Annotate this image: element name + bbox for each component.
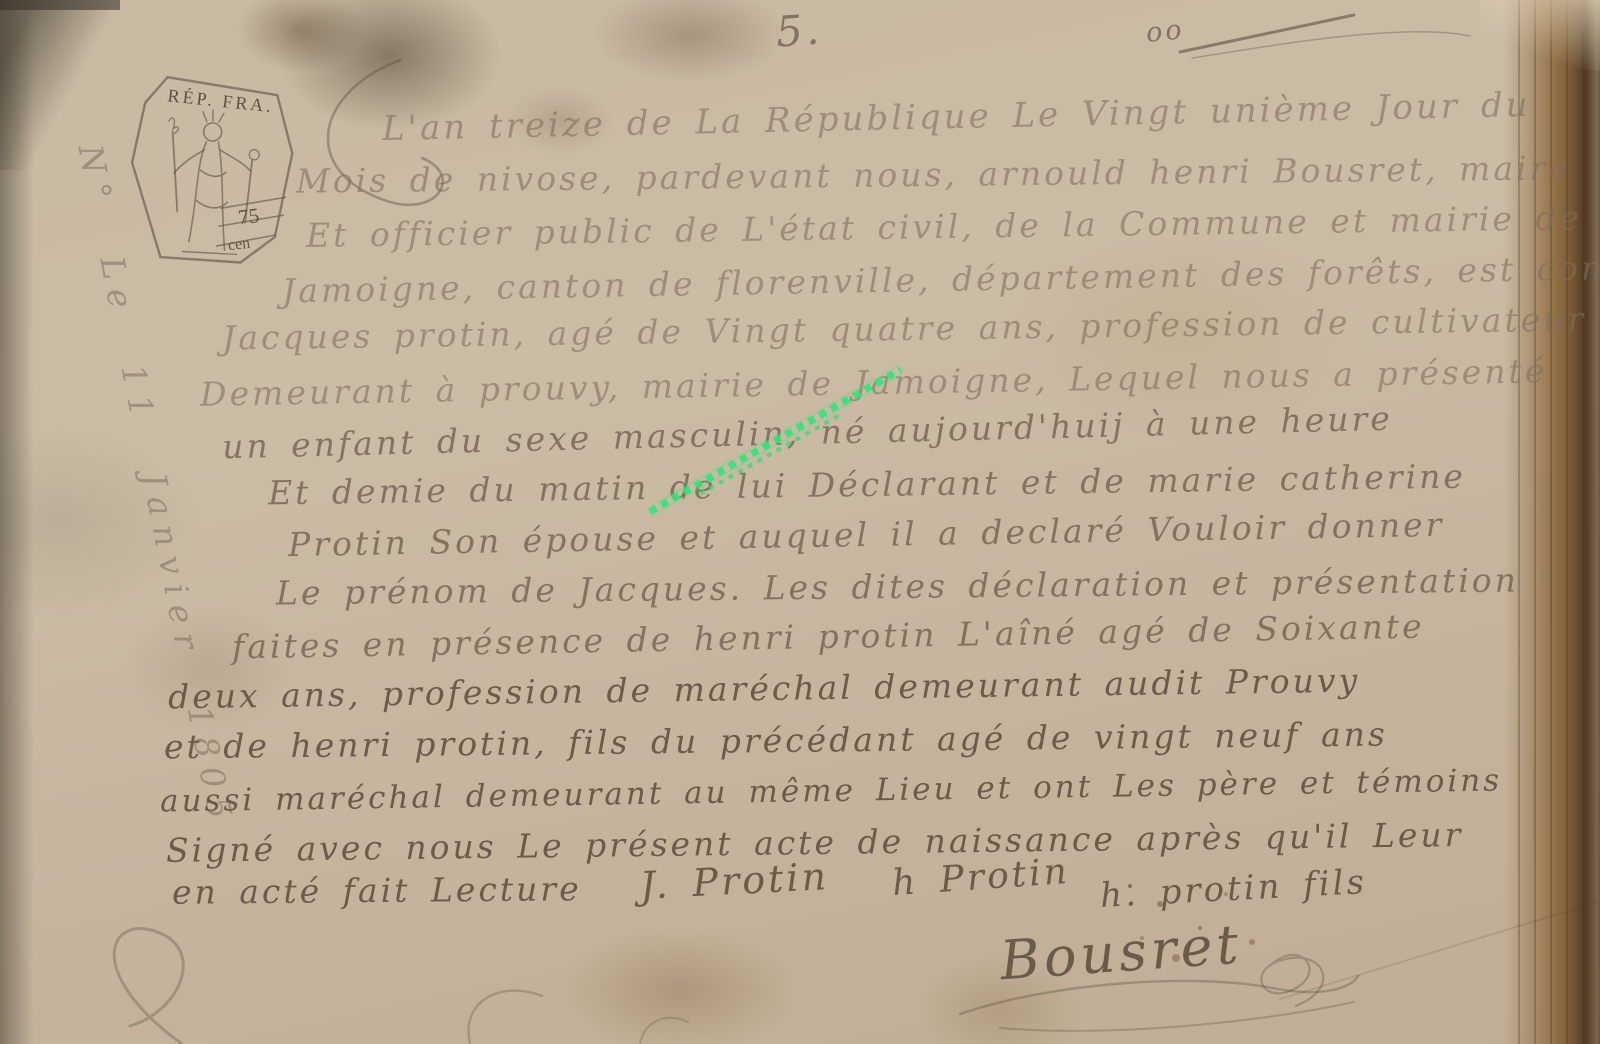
handwritten-line-10: Le prénom de Jacques. Les dites déclarat… — [276, 563, 1519, 609]
handwritten-line-4: Jamoigne, canton de florenville, départe… — [282, 250, 1600, 308]
handwritten-line-13: et de henri protin, fils du précédant ag… — [164, 718, 1388, 764]
signature-witness-2: h. protin fils — [1099, 865, 1367, 913]
marianne-figure-icon — [167, 109, 260, 255]
signature-paraph — [940, 918, 1370, 1044]
handwritten-line-14: aussi maréchal demeurant au même Lieu et… — [160, 765, 1503, 817]
handwritten-line-8: Et demie du matin de lui Déclarant et de… — [268, 460, 1466, 510]
register-page-scan: 5. oo RÉP. FRA. 75 cen N° Le 11 Janvier … — [0, 0, 1600, 1044]
handwritten-line-2: Mois de nivose, pardevant nous, arnould … — [296, 151, 1571, 197]
pen-stroke-top-right — [1140, 6, 1480, 70]
handwritten-line-5: Jacques protin, agé de Vingt quatre ans,… — [222, 302, 1587, 354]
handwritten-line-12: deux ans, profession de maréchal demeura… — [168, 664, 1361, 714]
handwritten-line-3: Et officier public de L'état civil, de l… — [306, 201, 1582, 252]
next-entry-flourish — [40, 898, 700, 1044]
top-edge-shadow — [0, 0, 120, 10]
handwritten-line-9: Protin Son épouse et auquel il a declaré… — [288, 508, 1445, 561]
signature-witness-1: h Protin — [891, 854, 1071, 902]
top-right-page-corner — [1480, 0, 1600, 70]
stamp-value-unit: cen — [227, 235, 251, 255]
stamp-value: 75 — [237, 203, 261, 229]
handwritten-line-1: L'an treize de La République Le Vingt un… — [382, 88, 1531, 146]
page-number: 5. — [775, 8, 824, 53]
stamp-title: RÉP. FRA. — [167, 84, 275, 116]
handwritten-line-11: faites en présence de henri protin L'aîn… — [232, 610, 1425, 664]
